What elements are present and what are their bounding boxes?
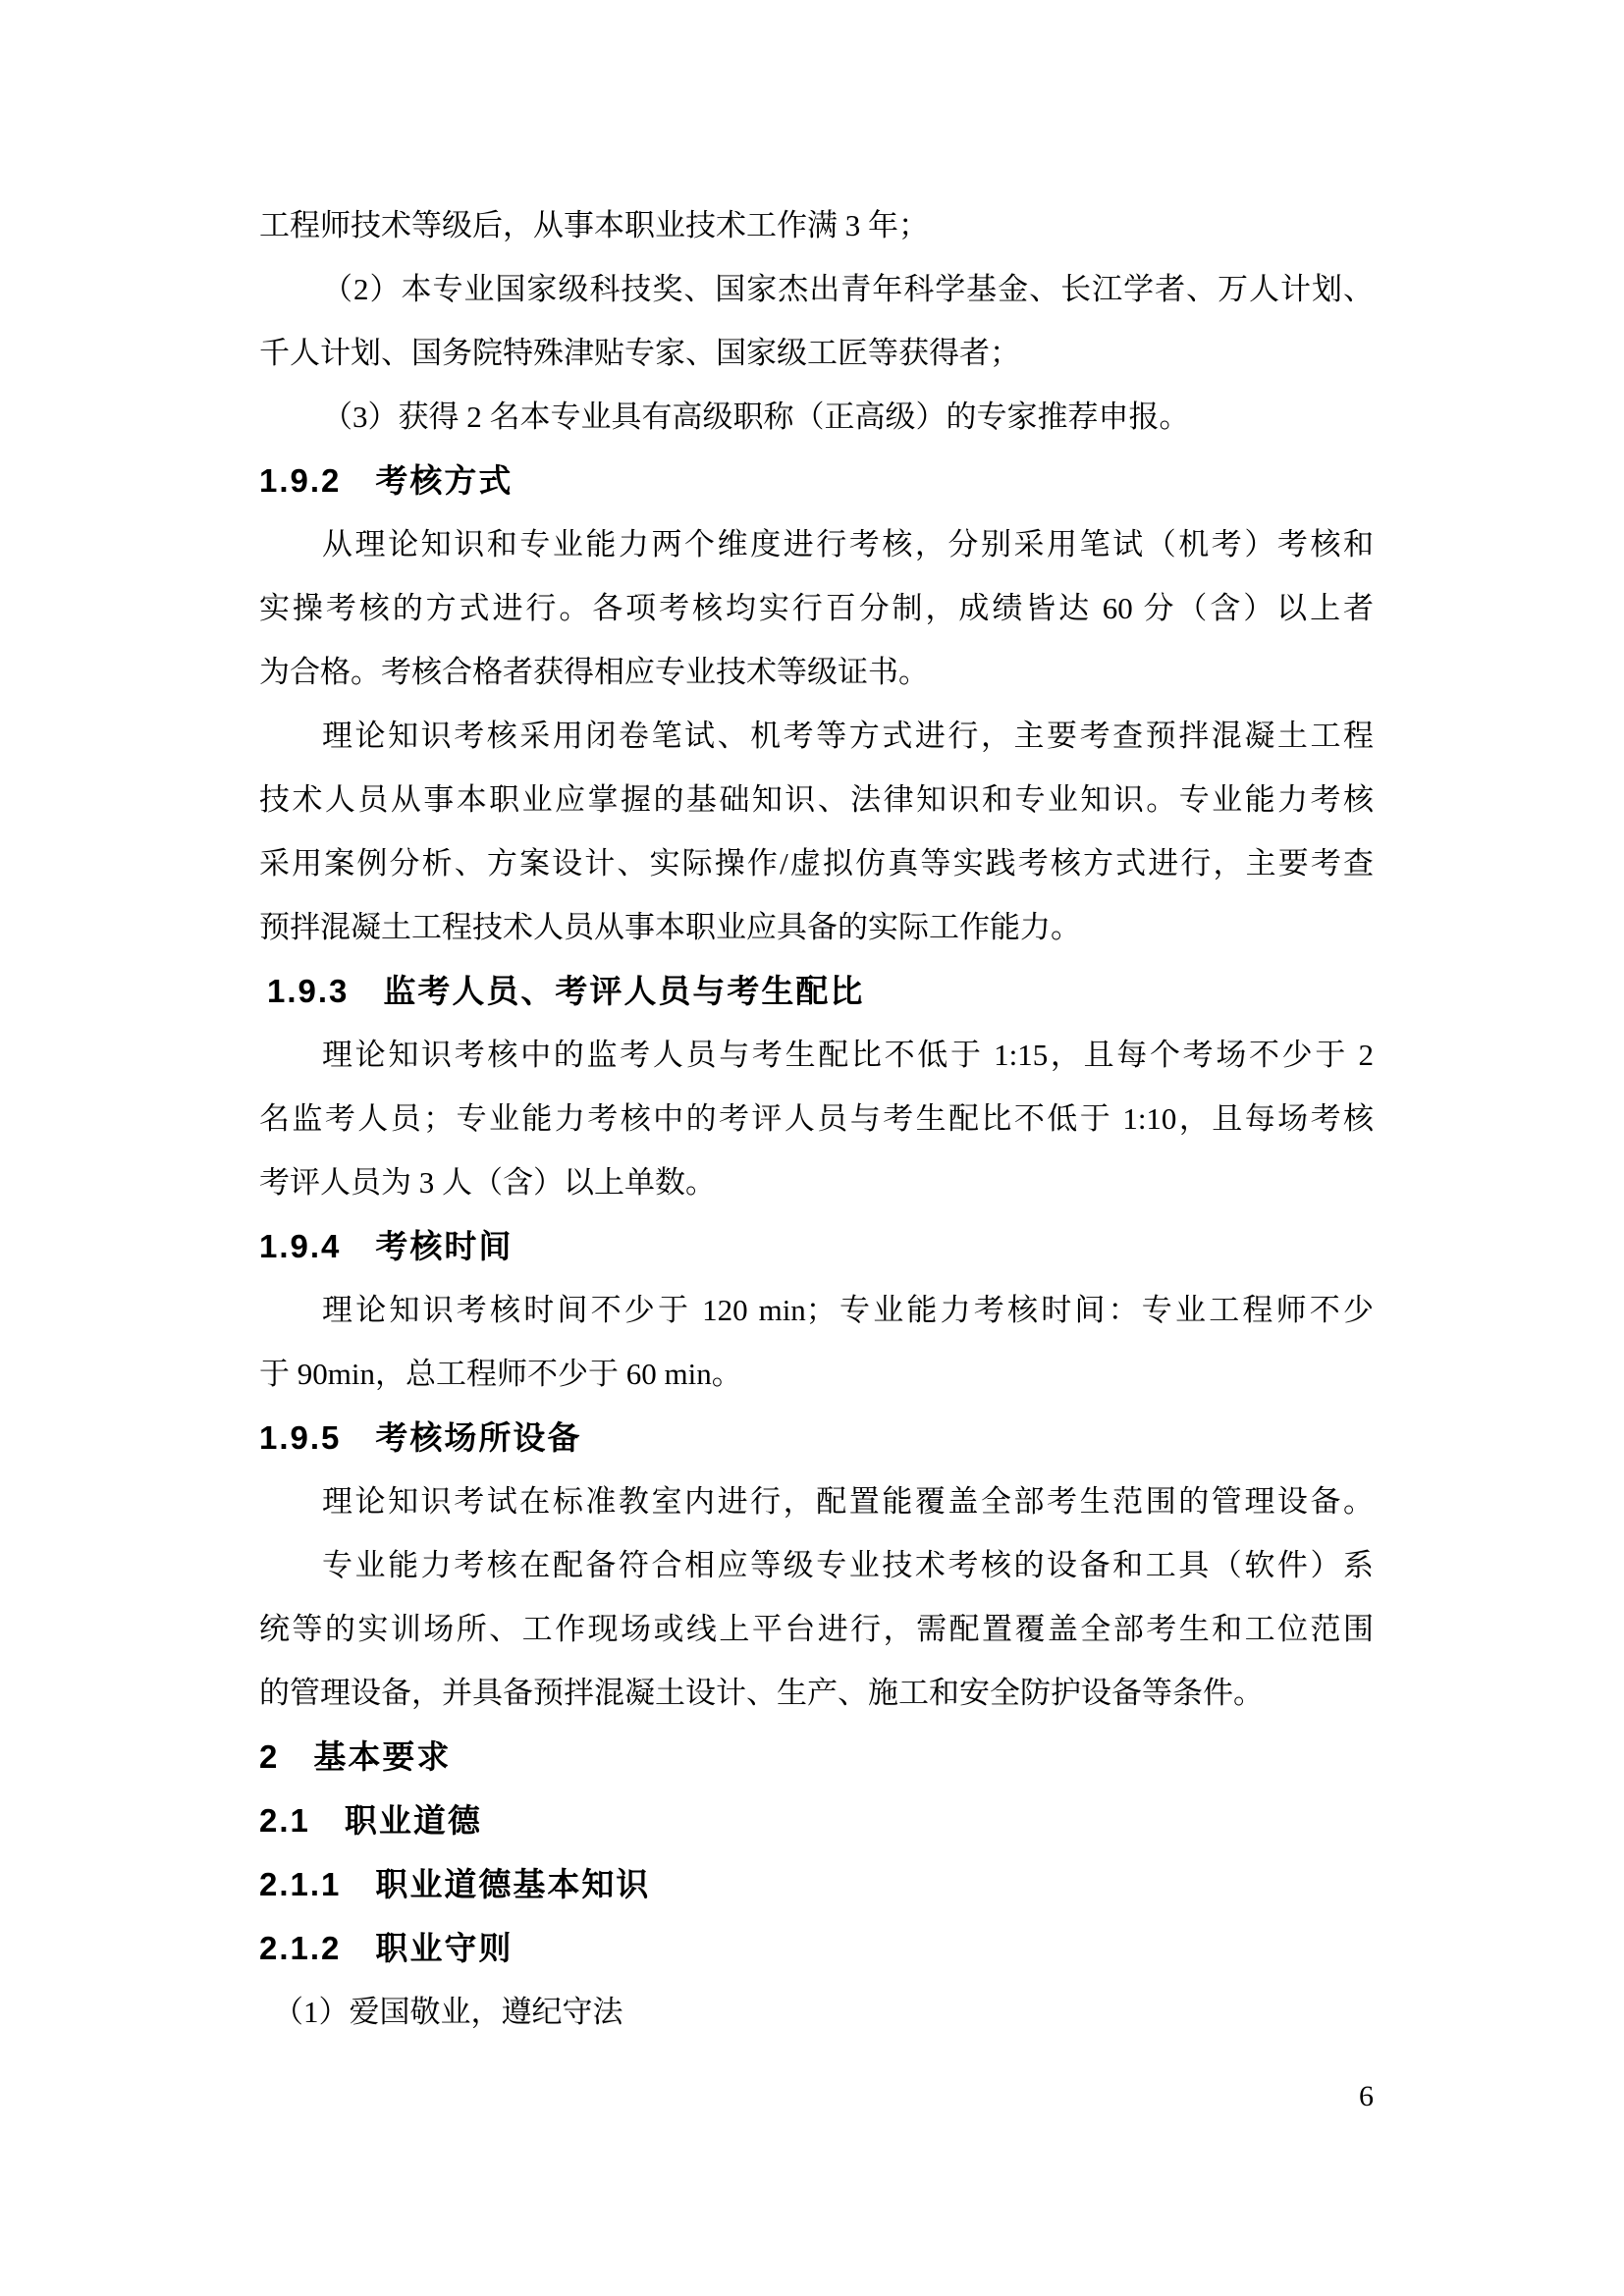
- text-line: （1）爱国敬业，遵纪守法: [259, 1980, 1374, 2044]
- section-heading: 1.9.4 考核时间: [259, 1214, 1374, 1278]
- text-line: 理论知识考试在标准教室内进行，配置能覆盖全部考生范围的管理设备。: [259, 1469, 1374, 1533]
- text-line: 理论知识考核采用闭卷笔试、机考等方式进行，主要考查预拌混凝土工程: [259, 704, 1374, 768]
- text-line: 理论知识考核时间不少于 120 min；专业能力考核时间：专业工程师不少: [259, 1278, 1374, 1342]
- text-line: 实操考核的方式进行。各项考核均实行百分制，成绩皆达 60 分（含）以上者: [259, 576, 1374, 640]
- section-heading: 2.1.2 职业守则: [259, 1916, 1374, 1980]
- document-body: 工程师技术等级后，从事本职业技术工作满 3 年；（2）本专业国家级科技奖、国家杰…: [259, 193, 1374, 2044]
- section-heading: 1.9.3 监考人员、考评人员与考生配比: [259, 959, 1374, 1023]
- text-line: 的管理设备，并具备预拌混凝土设计、生产、施工和安全防护设备等条件。: [259, 1661, 1374, 1725]
- text-line: （3）获得 2 名本专业具有高级职称（正高级）的专家推荐申报。: [259, 385, 1374, 449]
- section-heading: 2.1 职业道德: [259, 1789, 1374, 1852]
- text-line: 为合格。考核合格者获得相应专业技术等级证书。: [259, 640, 1374, 704]
- text-line: 考评人员为 3 人（含）以上单数。: [259, 1150, 1374, 1214]
- text-line: 千人计划、国务院特殊津贴专家、国家级工匠等获得者；: [259, 321, 1374, 385]
- text-line: 采用案例分析、方案设计、实际操作/虚拟仿真等实践考核方式进行，主要考查: [259, 831, 1374, 895]
- text-line: 统等的实训场所、工作现场或线上平台进行，需配置覆盖全部考生和工位范围: [259, 1597, 1374, 1661]
- text-line: 于 90min，总工程师不少于 60 min。: [259, 1342, 1374, 1406]
- text-line: （2）本专业国家级科技奖、国家杰出青年科学基金、长江学者、万人计划、: [259, 257, 1374, 321]
- section-heading: 2 基本要求: [259, 1725, 1374, 1789]
- text-line: 从理论知识和专业能力两个维度进行考核，分别采用笔试（机考）考核和: [259, 512, 1374, 576]
- text-line: 技术人员从事本职业应掌握的基础知识、法律知识和专业知识。专业能力考核: [259, 768, 1374, 831]
- page-number: 6: [259, 2077, 1374, 2116]
- text-line: 工程师技术等级后，从事本职业技术工作满 3 年；: [259, 193, 1374, 257]
- text-line: 专业能力考核在配备符合相应等级专业技术考核的设备和工具（软件）系: [259, 1533, 1374, 1597]
- text-line: 预拌混凝土工程技术人员从事本职业应具备的实际工作能力。: [259, 895, 1374, 959]
- text-line: 名监考人员；专业能力考核中的考评人员与考生配比不低于 1:10，且每场考核: [259, 1087, 1374, 1150]
- text-line: 理论知识考核中的监考人员与考生配比不低于 1:15，且每个考场不少于 2: [259, 1023, 1374, 1087]
- section-heading: 2.1.1 职业道德基本知识: [259, 1852, 1374, 1916]
- section-heading: 1.9.2 考核方式: [259, 449, 1374, 512]
- section-heading: 1.9.5 考核场所设备: [259, 1406, 1374, 1469]
- document-page: 工程师技术等级后，从事本职业技术工作满 3 年；（2）本专业国家级科技奖、国家杰…: [0, 0, 1624, 2296]
